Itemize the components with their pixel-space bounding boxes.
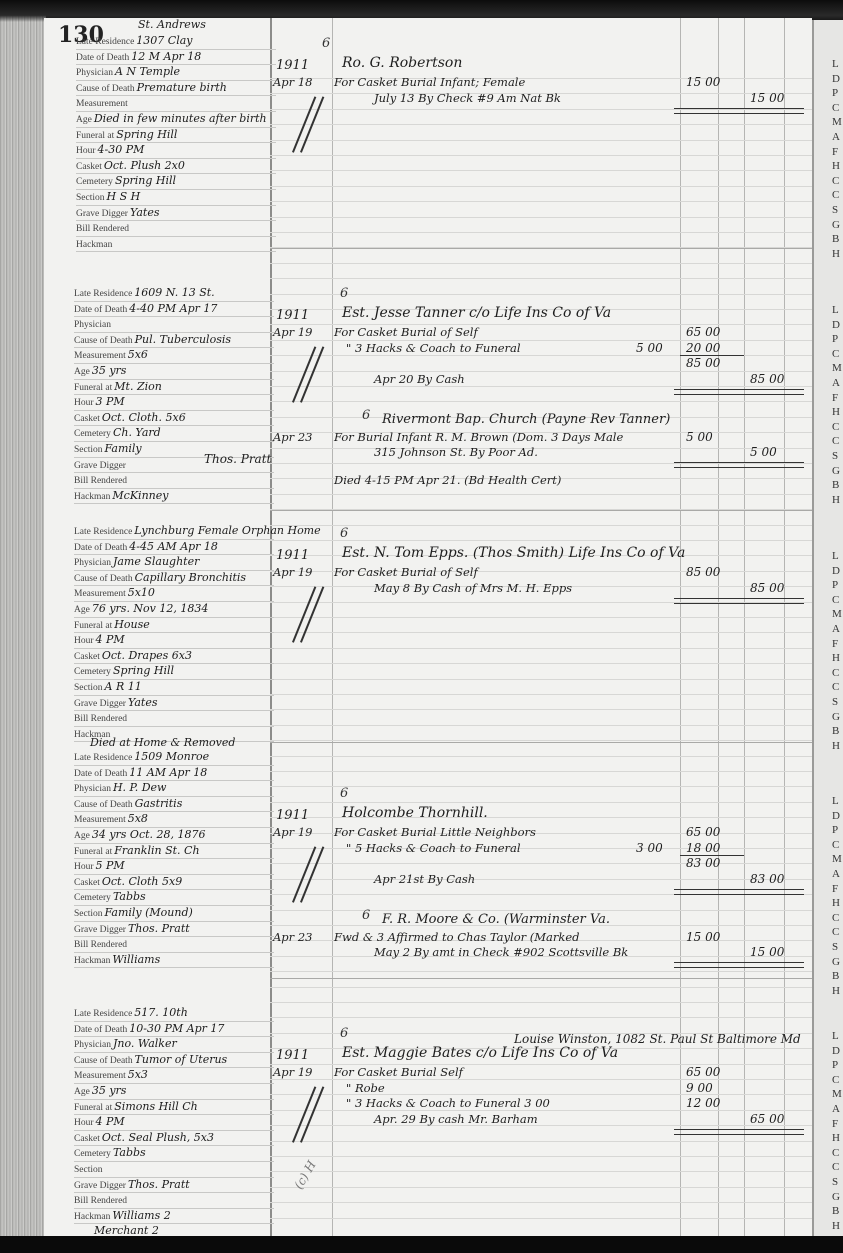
field-measurement: Measurement5x3: [74, 1068, 274, 1084]
facing-label-initial: C: [832, 1147, 839, 1159]
field-label: Age: [74, 605, 90, 615]
entry-date: Apr 19: [273, 1065, 312, 1079]
field-value: 76 yrs. Nov 12, 1834: [92, 602, 209, 615]
field-value: 5 PM: [96, 859, 125, 872]
field-value: H. P. Dew: [113, 781, 167, 794]
pre-note: [90, 264, 274, 286]
field-value: 10-30 PM Apr 17: [129, 1022, 224, 1035]
field-value: Oct. Cloth. 5x6: [102, 411, 186, 424]
field-value: Spring Hill: [116, 128, 177, 141]
facing-label-initial: S: [832, 696, 838, 708]
field-label: Bill Rendered: [74, 1196, 127, 1206]
facing-label-initial: S: [832, 941, 838, 953]
field-label: Casket: [76, 162, 102, 172]
field-label: Hackman: [76, 240, 112, 250]
field-value: Thos. Pratt: [128, 1178, 190, 1191]
field-measurement: Measurement5x10: [74, 586, 274, 602]
ruled-line: [270, 648, 812, 649]
folio-mark: 6: [340, 286, 348, 301]
pre-note: Died at Home & Removed: [90, 736, 274, 750]
field-value: A R 11: [105, 680, 142, 693]
ledger-year: 1911: [276, 548, 309, 563]
field-cause-of-death: Cause of DeathPremature birth: [76, 81, 276, 97]
folio-mark: 6: [322, 36, 330, 51]
ruled-line: [270, 540, 812, 541]
ruled-line: [270, 1017, 812, 1018]
credit-amount: 15 00: [750, 91, 784, 105]
ruled-line: [270, 1002, 812, 1003]
field-value: Jame Slaughter: [113, 555, 199, 568]
field-cemetery: CemeteryTabbs: [74, 890, 274, 906]
field-label: Hour: [76, 146, 96, 156]
field-value: 5x10: [128, 586, 155, 599]
field-value: H S H: [107, 190, 141, 203]
field-label: Physician: [74, 784, 111, 794]
facing-label-initial: S: [832, 204, 838, 216]
field-label: Physician: [76, 68, 113, 78]
facing-label-initial: C: [832, 594, 839, 606]
field-value: Tumor of Uterus: [135, 1053, 228, 1066]
field-value: Lynchburg Female Orphan Home: [134, 524, 320, 537]
field-casket: CasketOct. Cloth 5x9: [74, 875, 274, 891]
field-label: Date of Death: [76, 53, 129, 63]
ruled-line: [270, 263, 812, 264]
field-label: Bill Rendered: [76, 224, 129, 234]
field-value: 4-45 AM Apr 18: [129, 540, 218, 553]
field-label: Age: [74, 1087, 90, 1097]
ruled-line: [270, 694, 812, 695]
field-value: Oct. Cloth 5x9: [102, 875, 182, 888]
entry-text: Apr 20 By Cash: [374, 372, 465, 386]
facing-label-initial: F: [832, 1118, 838, 1130]
entry-text: Died 4-15 PM Apr 21. (Bd Health Cert): [334, 473, 561, 487]
account-name: Ro. G. Robertson: [342, 55, 462, 71]
field-value: Oct. Seal Plush, 5x3: [102, 1131, 214, 1144]
ruled-line: [270, 725, 812, 726]
field-label: Date of Death: [74, 543, 127, 553]
facing-label-initial: H: [832, 494, 840, 506]
ruled-line: [270, 1156, 812, 1157]
entry-date: Apr 19: [273, 825, 312, 839]
facing-label-initial: H: [832, 406, 840, 418]
facing-label-initial: F: [832, 638, 838, 650]
field-label: Cause of Death: [74, 336, 133, 346]
field-label: Casket: [74, 414, 100, 424]
ruled-line: [270, 448, 812, 449]
double-underline: [674, 108, 804, 114]
facing-label-initial: F: [832, 883, 838, 895]
field-label: Cemetery: [74, 893, 111, 903]
field-hackman: HackmanWilliams: [74, 953, 274, 969]
ledger-year: 1911: [276, 808, 309, 823]
field-label: Measurement: [74, 1071, 126, 1081]
facing-label-initial: L: [832, 1030, 839, 1042]
facing-label-initial: C: [832, 348, 839, 360]
field-value: Ch. Yard: [113, 426, 161, 439]
facing-label-initial: D: [832, 1045, 840, 1057]
facing-label-initial: D: [832, 319, 840, 331]
ruled-line: [270, 756, 812, 757]
field-value: Franklin St. Ch: [114, 844, 199, 857]
field-label: Grave Digger: [74, 461, 126, 471]
pre-note: [90, 984, 274, 1006]
field-cemetery: CemeterySpring Hill: [76, 174, 276, 190]
field-value: Tabbs: [113, 1146, 146, 1159]
facing-label-initial: A: [832, 1103, 840, 1115]
field-label: Cause of Death: [76, 84, 135, 94]
entry-date: Apr 18: [273, 75, 312, 89]
field-grave-digger: Grave DiggerYates: [76, 206, 276, 222]
field-label: Age: [76, 115, 92, 125]
field-age: Age76 yrs. Nov 12, 1834: [74, 602, 274, 618]
facing-label-initial: A: [832, 377, 840, 389]
ruled-line: [270, 201, 812, 202]
field-value: 517. 10th: [134, 1006, 188, 1019]
ruled-line: [270, 371, 812, 372]
field-label: Funeral at: [74, 383, 112, 393]
ruled-line: [270, 802, 812, 803]
facing-label-initial: M: [832, 853, 842, 865]
credit-amount: 15 00: [750, 945, 784, 959]
ledger-year: 1911: [276, 1048, 309, 1063]
field-value: McKinney: [112, 489, 168, 502]
debit-amount: 18 00: [686, 841, 720, 855]
field-label: Funeral at: [76, 131, 114, 141]
field-label: Hour: [74, 636, 94, 646]
field-label: Measurement: [76, 99, 128, 109]
field-funeral-at: Funeral atSimons Hill Ch: [74, 1100, 274, 1116]
debit-amount: 9 00: [686, 1081, 713, 1095]
ruled-line: [270, 155, 812, 156]
field-physician: PhysicianH. P. Dew: [74, 781, 274, 797]
field-value: 35 yrs: [92, 364, 127, 377]
field-label: Hour: [74, 1118, 94, 1128]
field-label: Cemetery: [74, 1149, 111, 1159]
ruled-line: [270, 771, 812, 772]
field-label: Cemetery: [76, 177, 113, 187]
field-cemetery: CemeterySpring Hill: [74, 664, 274, 680]
entry-text: " Robe: [346, 1081, 385, 1095]
field-label: Cemetery: [74, 667, 111, 677]
ruled-line: [270, 401, 812, 402]
field-hour: Hour4 PM: [74, 633, 274, 649]
facing-label-initial: F: [832, 392, 838, 404]
debit-amount: 15 00: [686, 930, 720, 944]
account-name: Est. Maggie Bates c/o Life Ins Co of Va: [342, 1045, 618, 1061]
entry-text: July 13 By Check #9 Am Nat Bk: [374, 91, 561, 105]
field-measurement: Measurement5x6: [74, 348, 274, 364]
double-underline: [674, 1129, 804, 1135]
double-underline: [674, 462, 804, 468]
field-cause-of-death: Cause of DeathPul. Tuberculosis: [74, 333, 274, 349]
debit-amount: 65 00: [686, 325, 720, 339]
field-label: Grave Digger: [76, 209, 128, 219]
field-date-of-death: Date of Death12 M Apr 18: [76, 50, 276, 66]
field-date-of-death: Date of Death4-40 PM Apr 17: [74, 302, 274, 318]
account-name: Est. N. Tom Epps. (Thos Smith) Life Ins …: [342, 545, 685, 561]
facing-label-initial: F: [832, 146, 838, 158]
field-label: Physician: [74, 320, 111, 330]
credit-amount: 85 00: [750, 581, 784, 595]
field-value: Mt. Zion: [114, 380, 162, 393]
field-value: 5x8: [128, 812, 148, 825]
ruled-line: [270, 1187, 812, 1188]
ruled-line: [270, 170, 812, 171]
field-funeral-at: Funeral atMt. Zion: [74, 380, 274, 396]
facing-label-initial: G: [832, 1191, 840, 1203]
field-value: Capillary Bronchitis: [135, 571, 247, 584]
field-label: Late Residence: [74, 753, 132, 763]
field-physician: PhysicianJno. Walker: [74, 1037, 274, 1053]
facing-label-initial: G: [832, 711, 840, 723]
field-bill-rendered: Bill Rendered: [74, 711, 274, 727]
entry-date: Apr 23: [273, 930, 312, 944]
sub-account-name: F. R. Moore & Co. (Warminster Va.: [382, 912, 610, 927]
field-age: Age35 yrs: [74, 1084, 274, 1100]
field-age: Age34 yrs Oct. 28, 1876: [74, 828, 274, 844]
facing-label-initial: L: [832, 550, 839, 562]
field-label: Casket: [74, 652, 100, 662]
facing-label-initial: B: [832, 1205, 839, 1217]
field-label: Section: [74, 683, 103, 693]
record-fields-3: Late ResidenceLynchburg Female Orphan Ho…: [74, 502, 274, 742]
facing-label-initial: H: [832, 1132, 840, 1144]
entry-text: " 5 Hacks & Coach to Funeral: [346, 841, 521, 855]
entry-text: For Casket Burial Little Neighbors: [334, 825, 536, 839]
facing-label-initial: C: [832, 681, 839, 693]
field-measurement: Measurement5x8: [74, 812, 274, 828]
facing-label-initial: M: [832, 116, 842, 128]
folio-mark: 6: [340, 526, 348, 541]
facing-label-initial: C: [832, 189, 839, 201]
debit-amount: 65 00: [686, 1065, 720, 1079]
field-value: 1609 N. 13 St.: [134, 286, 214, 299]
facing-label-initial: C: [832, 102, 839, 114]
ruled-line: [270, 910, 812, 911]
field-cause-of-death: Cause of DeathTumor of Uterus: [74, 1053, 274, 1069]
field-late-residence: Late Residence517. 10th: [74, 1006, 274, 1022]
account-name: Holcombe Thornhill.: [342, 805, 488, 821]
double-underline: [674, 598, 804, 604]
facing-label-initial: C: [832, 1161, 839, 1173]
account-name: Est. Jesse Tanner c/o Life Ins Co of Va: [342, 305, 611, 321]
facing-label-initial: H: [832, 1220, 840, 1232]
field-value: 3 PM: [96, 395, 125, 408]
facing-label-initial: P: [832, 579, 838, 591]
field-age: AgeDied in few minutes after birth: [76, 112, 276, 128]
field-label: Age: [74, 367, 90, 377]
field-casket: CasketOct. Cloth. 5x6: [74, 411, 274, 427]
field-label: Age: [74, 831, 90, 841]
field-value: 4-40 PM Apr 17: [129, 302, 217, 315]
pre-note: [90, 502, 274, 524]
field-value: 4 PM: [96, 1115, 125, 1128]
entry-text: Fwd & 3 Affirmed to Chas Taylor (Marked: [334, 930, 580, 944]
facing-label-initial: G: [832, 956, 840, 968]
field-value: Family: [105, 442, 142, 455]
debit-amount: 5 00: [686, 430, 713, 444]
field-label: Hackman: [74, 956, 110, 966]
field-label: Funeral at: [74, 847, 112, 857]
facing-label-initial: A: [832, 868, 840, 880]
field-hour: Hour4-30 PM: [76, 143, 276, 159]
field-hour: Hour3 PM: [74, 395, 274, 411]
field-hour: Hour4 PM: [74, 1115, 274, 1131]
field-grave-digger: Grave DiggerThos. Pratt: [74, 922, 274, 938]
entry-text: " 3 Hacks & Coach to Funeral: [346, 341, 521, 355]
facing-label-initial: D: [832, 810, 840, 822]
field-value: Yates: [128, 696, 158, 709]
credit-amount: 85 00: [750, 372, 784, 386]
entry-text: Apr. 29 By cash Mr. Barham: [374, 1112, 538, 1126]
entry-text: For Casket Burial Infant; Female: [334, 75, 525, 89]
field-grave-digger: Grave DiggerYates: [74, 696, 274, 712]
folio-mark: 6: [362, 408, 370, 423]
field-label: Cause of Death: [74, 800, 133, 810]
field-value: Tabbs: [113, 890, 146, 903]
ruled-line: [270, 1202, 812, 1203]
facing-label-initial: H: [832, 160, 840, 172]
field-value: Yates: [130, 206, 160, 219]
field-cemetery: CemeteryCh. Yard: [74, 426, 274, 442]
ruled-line: [270, 709, 812, 710]
field-late-residence: Late ResidenceLynchburg Female Orphan Ho…: [74, 524, 274, 540]
field-value: Simons Hill Ch: [114, 1100, 197, 1113]
facing-label-initial: M: [832, 1088, 842, 1100]
facing-label-initial: C: [832, 435, 839, 447]
ruled-line: [270, 679, 812, 680]
field-value: Family (Mound): [105, 906, 193, 919]
field-cause-of-death: Cause of DeathCapillary Bronchitis: [74, 571, 274, 587]
field-label: Section: [74, 909, 103, 919]
ruled-line: [270, 971, 812, 972]
field-section: SectionA R 11: [74, 680, 274, 696]
entry-text: For Casket Burial Self: [334, 1065, 463, 1079]
debit-amount: 12 00: [686, 1096, 720, 1110]
field-physician: PhysicianA N Temple: [76, 65, 276, 81]
field-value: Oct. Drapes 6x3: [102, 649, 192, 662]
ruled-line: [270, 386, 812, 387]
facing-label-initial: M: [832, 362, 842, 374]
facing-label-initial: H: [832, 897, 840, 909]
field-physician: Physician: [74, 317, 274, 333]
field-value: Williams: [112, 953, 160, 966]
ruled-line: [270, 663, 812, 664]
entry-text: May 8 By Cash of Mrs M. H. Epps: [374, 581, 572, 595]
facing-page-edge: LDPCMAFHCCSGBHLDPCMAFHCCSGBHLDPCMAFHCCSG…: [812, 20, 843, 1236]
field-label: Grave Digger: [74, 699, 126, 709]
field-label: Date of Death: [74, 1025, 127, 1035]
ruled-line: [270, 1125, 812, 1126]
ruled-line: [270, 217, 812, 218]
facing-label-initial: B: [832, 970, 839, 982]
field-value: Jno. Walker: [113, 1037, 177, 1050]
field-label: Hackman: [74, 492, 110, 502]
entry-text: 315 Johnson St. By Poor Ad.: [374, 445, 538, 459]
field-date-of-death: Date of Death11 AM Apr 18: [74, 766, 274, 782]
facing-label-initial: L: [832, 304, 839, 316]
ruled-line: [270, 617, 812, 618]
field-value: Thos. Pratt: [128, 922, 190, 935]
field-label: Grave Digger: [74, 925, 126, 935]
field-value: 4 PM: [96, 633, 125, 646]
field-late-residence: Late Residence1609 N. 13 St.: [74, 286, 274, 302]
facing-label-initial: L: [832, 795, 839, 807]
field-cemetery: CemeteryTabbs: [74, 1146, 274, 1162]
facing-label-initial: B: [832, 479, 839, 491]
credit-amount: 65 00: [750, 1112, 784, 1126]
field-label: Date of Death: [74, 769, 127, 779]
facing-label-initial: H: [832, 740, 840, 752]
field-hour: Hour5 PM: [74, 859, 274, 875]
facing-label-initial: H: [832, 985, 840, 997]
facing-label-initial: H: [832, 248, 840, 260]
field-funeral-at: Funeral atFranklin St. Ch: [74, 844, 274, 860]
field-date-of-death: Date of Death4-45 AM Apr 18: [74, 540, 274, 556]
ruled-line: [270, 987, 812, 988]
ledger-year: 1911: [276, 308, 309, 323]
field-measurement: Measurement: [76, 96, 276, 112]
field-label: Late Residence: [74, 289, 132, 299]
field-value: Spring Hill: [115, 174, 176, 187]
double-underline: [674, 962, 804, 968]
field-label: Cause of Death: [74, 574, 133, 584]
facing-label-initial: A: [832, 623, 840, 635]
facing-label-initial: C: [832, 926, 839, 938]
field-label: Measurement: [74, 815, 126, 825]
facing-label-initial: C: [832, 421, 839, 433]
double-underline: [674, 889, 804, 895]
credit-amount: 83 00: [750, 872, 784, 886]
field-label: Funeral at: [74, 621, 112, 631]
ruled-line: [270, 1171, 812, 1172]
ruled-line: [270, 140, 812, 141]
record-fields-1: St. AndrewsLate Residence1307 ClayDate o…: [76, 18, 276, 252]
field-bill-rendered: Bill Rendered: [74, 473, 274, 489]
debit-amount: 85 00: [686, 356, 720, 370]
field-label: Bill Rendered: [74, 476, 127, 486]
bottom-shadow: [0, 1236, 843, 1253]
field-label: Late Residence: [74, 527, 132, 537]
entry-date: Apr 19: [273, 565, 312, 579]
field-bill-rendered: Bill Rendered: [74, 937, 274, 953]
field-value: Williams 2: [112, 1209, 170, 1222]
field-value: Pul. Tuberculosis: [135, 333, 231, 346]
facing-label-initial: C: [832, 175, 839, 187]
facing-label-initial: G: [832, 219, 840, 231]
record-fields-4: Died at Home & RemovedLate Residence1509…: [74, 736, 274, 968]
field-label: Bill Rendered: [74, 940, 127, 950]
field-label: Casket: [74, 1134, 100, 1144]
field-value: 12 M Apr 18: [131, 50, 201, 63]
field-bill-rendered: Bill Rendered: [76, 221, 276, 237]
book-fore-edge: [0, 14, 46, 1236]
ruled-line: [270, 1218, 812, 1219]
entry-text: Apr 21st By Cash: [374, 872, 475, 886]
folio-mark: 6: [340, 1026, 348, 1041]
field-casket: CasketOct. Seal Plush, 5x3: [74, 1131, 274, 1147]
field-label: Hackman: [74, 1212, 110, 1222]
record-fields-5: Late Residence517. 10thDate of Death10-3…: [74, 984, 274, 1238]
entry-text: For Casket Burial of Self: [334, 325, 478, 339]
field-late-residence: Late Residence1509 Monroe: [74, 750, 274, 766]
facing-label-initial: M: [832, 608, 842, 620]
debit-amount: 83 00: [686, 856, 720, 870]
entry-rate: 5 00: [636, 341, 663, 355]
field-hackman: Hackman: [76, 237, 276, 253]
facing-label-initial: P: [832, 87, 838, 99]
field-grave-digger: Grave DiggerThos. Pratt: [74, 1178, 274, 1194]
